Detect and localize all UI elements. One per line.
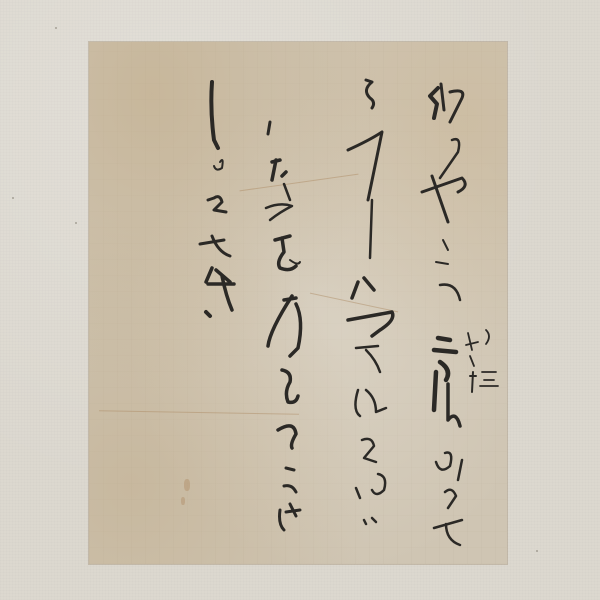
calligraphy-ink-strokes (0, 0, 600, 600)
column-4-strokes (200, 82, 234, 316)
column-3-strokes (266, 122, 301, 530)
annotation-strokes (466, 330, 498, 392)
column-1-strokes (422, 84, 465, 545)
column-2-strokes (348, 80, 393, 524)
